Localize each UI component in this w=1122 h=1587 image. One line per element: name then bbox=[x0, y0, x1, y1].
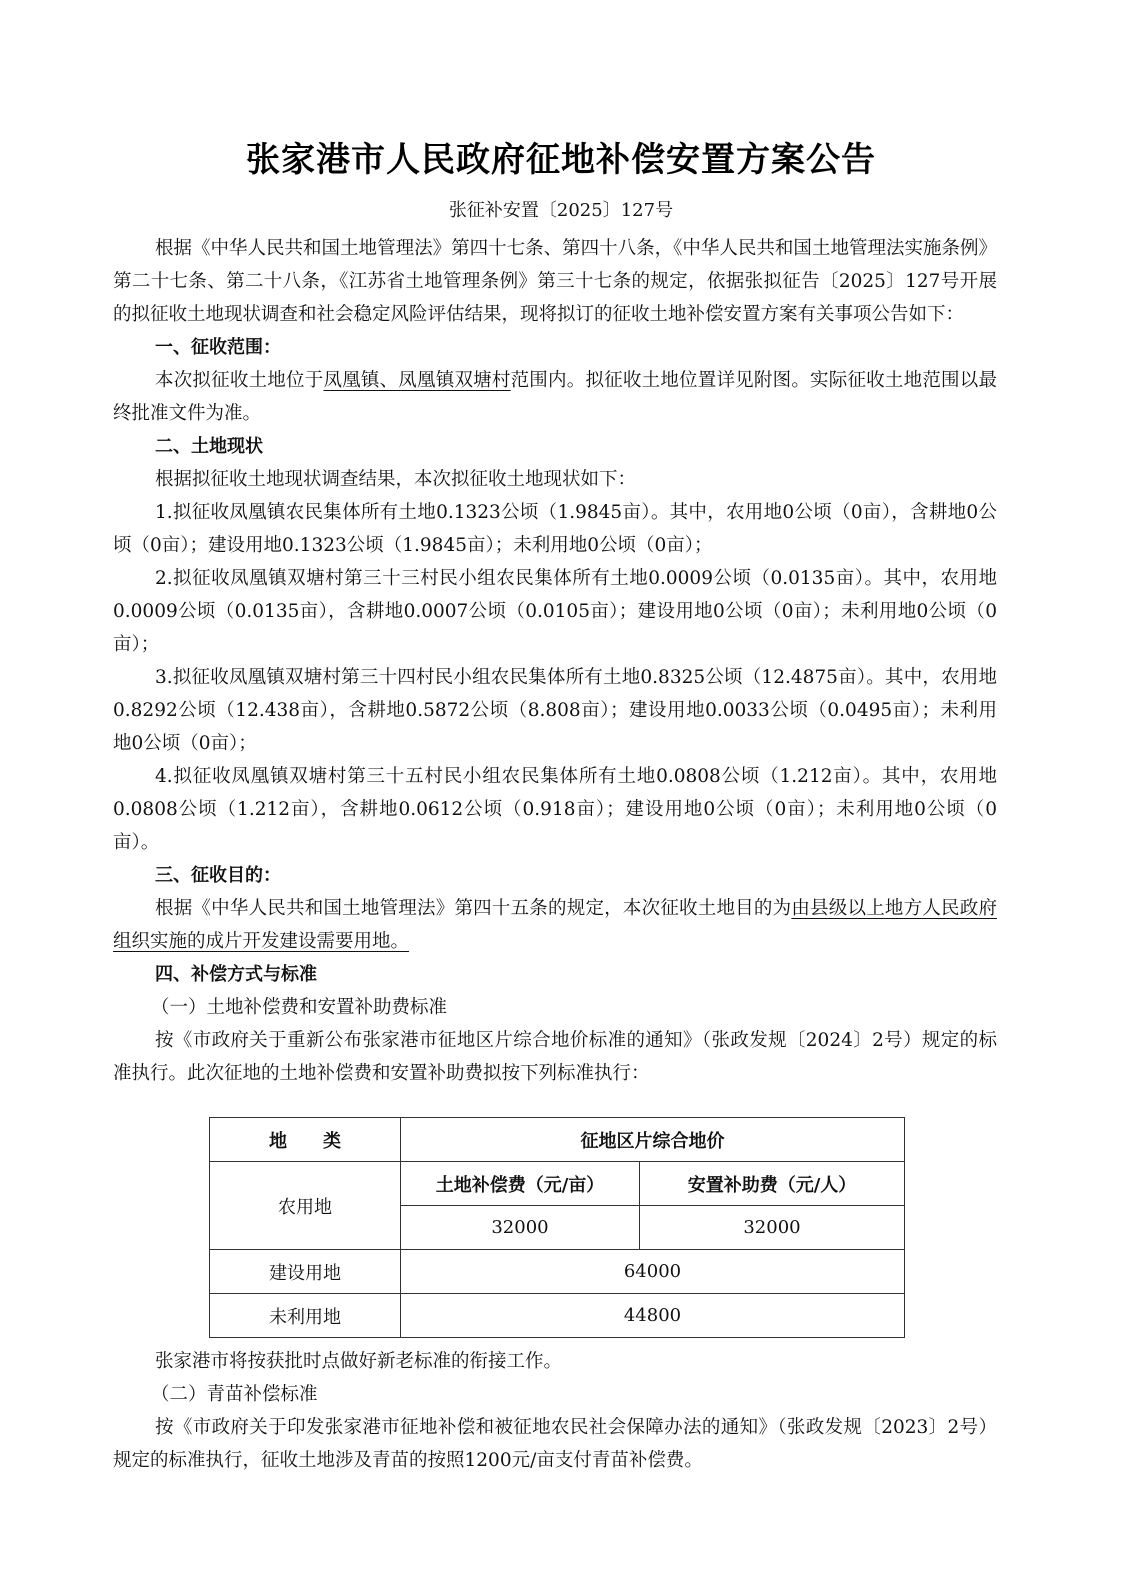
section-4-sub1-text: 按《市政府关于重新公布张家港市征地区片综合地价标准的通知》（张政发规〔2024〕… bbox=[113, 1024, 997, 1090]
s1-text-before: 本次拟征收土地位于 bbox=[155, 370, 323, 391]
transition-note: 张家港市将按获批时点做好新老标准的衔接工作。 bbox=[113, 1345, 997, 1378]
document-number: 张征补安置〔2025〕127号 bbox=[0, 196, 1122, 222]
cell-comp-value: 32000 bbox=[401, 1206, 640, 1250]
cell-land-type: 未利用地 bbox=[210, 1294, 401, 1338]
land-item-4: 4.拟征收凤凰镇双塘村第三十五村民小组农民集体所有土地0.0808公顷（1.21… bbox=[113, 760, 997, 859]
s3-text-before: 根据《中华人民共和国土地管理法》第四十五条的规定，本次征收土地目的为 bbox=[155, 898, 791, 919]
section-3-heading: 三、征收目的： bbox=[113, 859, 997, 892]
section-1-text: 本次拟征收土地位于凤凰镇、凤凰镇双塘村范围内。拟征收土地位置详见附图。实际征收土… bbox=[113, 364, 997, 430]
table-row: 建设用地 64000 bbox=[210, 1250, 905, 1294]
cell-price-value: 64000 bbox=[401, 1250, 905, 1294]
compensation-price-table: 地 类 征地区片综合地价 农用地 土地补偿费（元/亩） 安置补助费（元/人） 3… bbox=[209, 1117, 905, 1338]
section-4-heading: 四、补偿方式与标准 bbox=[113, 958, 997, 991]
section-2-lead: 根据拟征收土地现状调查结果，本次拟征收土地现状如下： bbox=[113, 463, 997, 496]
cell-resettle-value: 32000 bbox=[640, 1206, 905, 1250]
cell-land-type: 建设用地 bbox=[210, 1250, 401, 1294]
header-price: 征地区片综合地价 bbox=[401, 1118, 905, 1162]
cell-land-type: 农用地 bbox=[210, 1162, 401, 1250]
section-3-text: 根据《中华人民共和国土地管理法》第四十五条的规定，本次征收土地目的为由县级以上地… bbox=[113, 892, 997, 958]
s1-underlined-location: 凤凰镇、凤凰镇双塘村 bbox=[323, 370, 510, 391]
section-4-sub2-heading: （二）青苗补偿标准 bbox=[113, 1378, 997, 1411]
table-row: 未利用地 44800 bbox=[210, 1294, 905, 1338]
land-item-1: 1.拟征收凤凰镇农民集体所有土地0.1323公顷（1.9845亩）。其中，农用地… bbox=[113, 496, 997, 562]
page-title: 张家港市人民政府征地补偿安置方案公告 bbox=[0, 132, 1122, 181]
document-page: 张家港市人民政府征地补偿安置方案公告 张征补安置〔2025〕127号 根据《中华… bbox=[0, 0, 1122, 1587]
post-table-text: 张家港市将按获批时点做好新老标准的衔接工作。 （二）青苗补偿标准 按《市政府关于… bbox=[113, 1345, 997, 1477]
section-1-heading: 一、征收范围： bbox=[113, 331, 997, 364]
section-2-heading: 二、土地现状 bbox=[113, 430, 997, 463]
intro-paragraph: 根据《中华人民共和国土地管理法》第四十七条、第四十八条，《中华人民共和国土地管理… bbox=[113, 232, 997, 331]
header-land-type: 地 类 bbox=[210, 1118, 401, 1162]
section-4-sub2-text: 按《市政府关于印发张家港市征地补偿和被征地农民社会保障办法的通知》（张政发规〔2… bbox=[113, 1411, 997, 1477]
subheader-resettle-fee: 安置补助费（元/人） bbox=[640, 1162, 905, 1206]
table-header-row: 地 类 征地区片综合地价 bbox=[210, 1118, 905, 1162]
table-row: 农用地 土地补偿费（元/亩） 安置补助费（元/人） bbox=[210, 1162, 905, 1206]
document-body: 根据《中华人民共和国土地管理法》第四十七条、第四十八条，《中华人民共和国土地管理… bbox=[113, 232, 997, 1090]
land-item-2: 2.拟征收凤凰镇双塘村第三十三村民小组农民集体所有土地0.0009公顷（0.01… bbox=[113, 562, 997, 661]
cell-price-value: 44800 bbox=[401, 1294, 905, 1338]
section-4-sub1-heading: （一）土地补偿费和安置补助费标准 bbox=[113, 991, 997, 1024]
subheader-comp-fee: 土地补偿费（元/亩） bbox=[401, 1162, 640, 1206]
land-item-3: 3.拟征收凤凰镇双塘村第三十四村民小组农民集体所有土地0.8325公顷（12.4… bbox=[113, 661, 997, 760]
